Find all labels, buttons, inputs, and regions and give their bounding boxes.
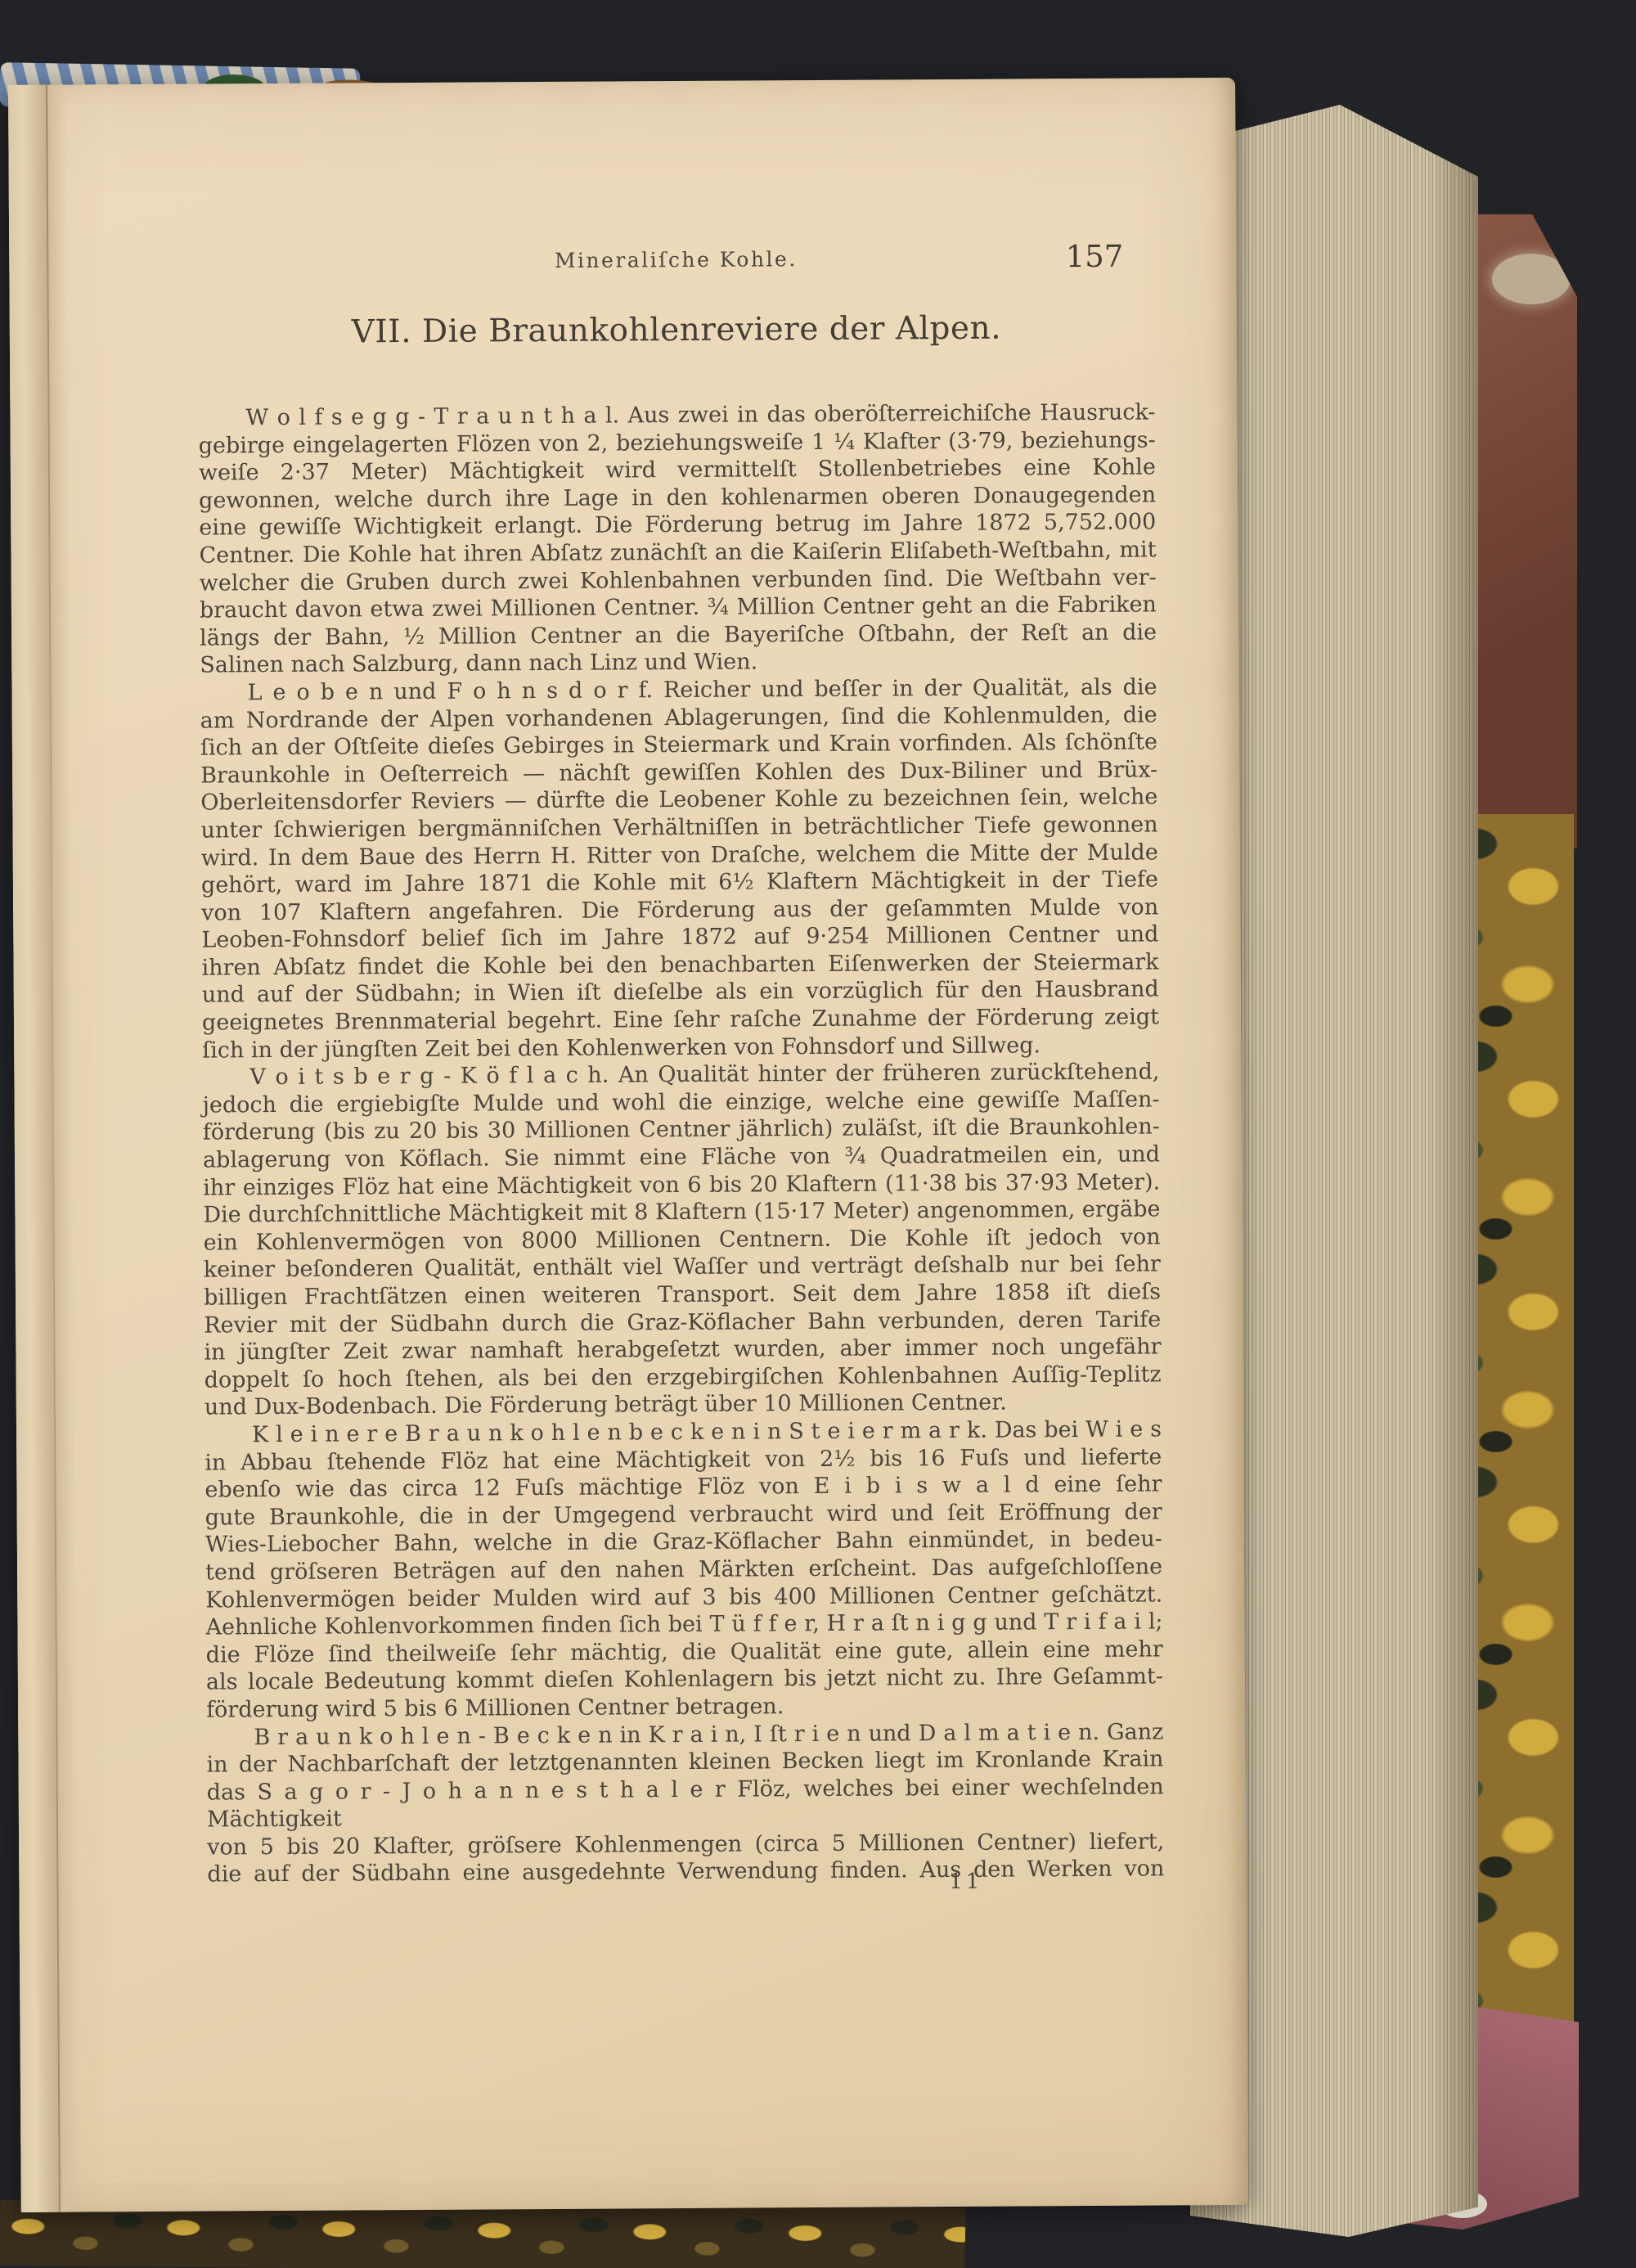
- text-line: das S a g o r - J o h a n n e s t h a l …: [207, 1773, 1164, 1834]
- book-page: Mineraliſche Kohle. 157 VII. Die Braunko…: [8, 78, 1248, 2212]
- signature-mark: 11: [207, 1868, 1164, 1898]
- chapter-title: VII. Die Braunkohlenreviere der Alpen.: [198, 308, 1155, 351]
- running-head: Mineraliſche Kohle. 157: [197, 238, 1154, 281]
- photo-backdrop: { "colors": { "backdrop": "#222327", "pa…: [0, 0, 1636, 2268]
- page-number: 157: [1066, 239, 1124, 274]
- body-text: W o l f s e g g - T r a u n t h a l. Aus…: [198, 398, 1164, 1888]
- gutter-shadow: [8, 85, 80, 2212]
- text-line: als locale Bedeutung kommt dieſen Kohlen…: [206, 1663, 1163, 1697]
- running-head-text: Mineraliſche Kohle.: [197, 245, 1154, 274]
- worn-leather-patch: [1492, 254, 1571, 304]
